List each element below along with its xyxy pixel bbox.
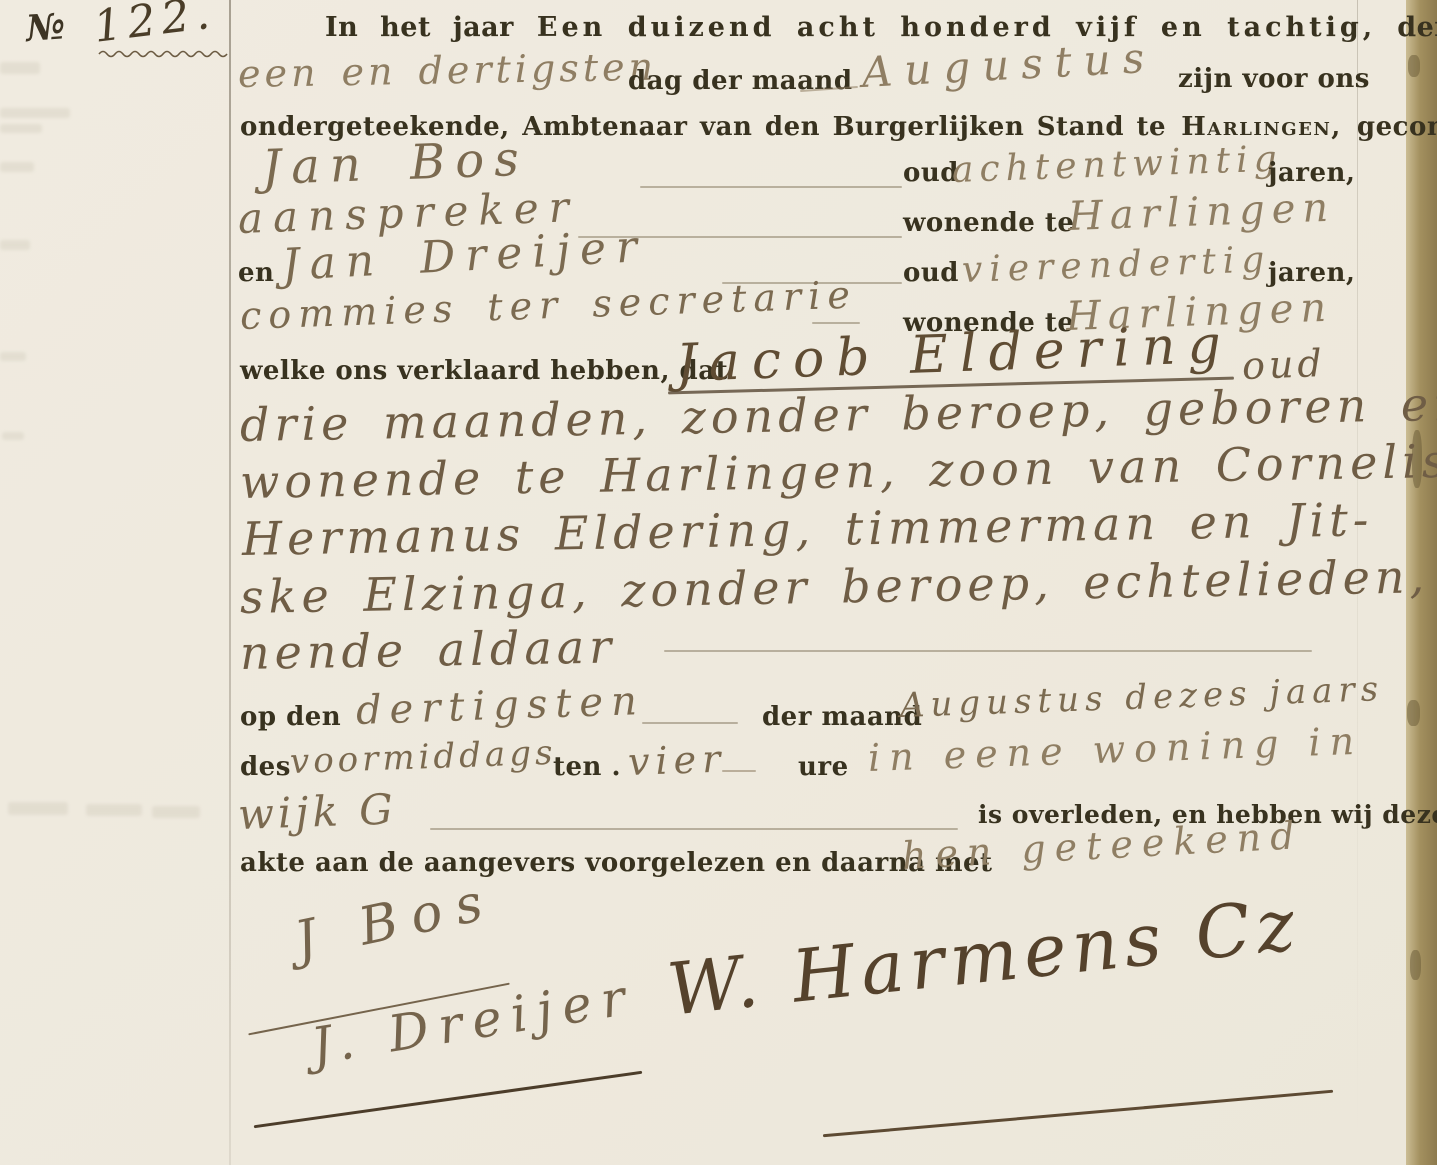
label-oud-2: oud [903,258,959,288]
bleedthrough-mark [0,62,40,74]
edge-blemish [1408,55,1420,77]
blank-filler-rule [642,722,738,724]
label-des: des [240,752,291,782]
label-op-den: op den [240,702,341,732]
signature-bos: J Bos [290,870,502,971]
declarant1-age: achtentwintig [951,138,1283,191]
declarant2-age: vierendertig [961,239,1272,291]
signature-dreijer-underline [254,1071,643,1129]
entry-day-written: een en dertigsten [238,45,658,96]
left-margin-rule [229,0,231,1165]
signed-with: hen geteekend [901,813,1305,878]
signature-harmens-flourish [823,1090,1333,1137]
death-daypart: voormiddags [289,733,557,782]
label-dag-der-maand: dag der maand [628,66,853,96]
death-day: dertigsten [355,678,645,734]
label-wonende-te-1: wonende te [903,208,1074,238]
intro-prefix: In het jaar [325,12,514,43]
label-en: en [238,258,274,288]
death-place2: wijk G [237,784,397,839]
declarant1-residence: Harlingen [1067,185,1336,240]
blank-filler-rule [640,186,902,188]
bleedthrough-mark [2,432,24,440]
label-verklaard: welke ons verklaard hebben, dat [240,356,728,386]
bleedthrough-mark [0,162,34,172]
bleedthrough-mark [0,108,70,118]
death-month: Augustus dezes jaars [899,669,1384,726]
intro-line: In het jaar Een duizend acht honderd vij… [325,12,1437,43]
label-ure: ure [798,752,849,782]
label-jaren-1: jaren, [1268,158,1355,188]
declaration-body-line: nende aldaar [240,619,617,680]
label-oud-1: oud [903,158,959,188]
death-record-page: № 122. In het jaar Een duizend acht hond… [0,0,1437,1165]
signature-dreijer: J. Dreijer [307,967,639,1075]
bleedthrough-mark [0,240,30,250]
edge-blemish [1407,700,1420,726]
blank-filler-rule [430,828,958,830]
edge-blemish [1410,950,1421,980]
blank-filler-rule [812,322,860,324]
death-hour: vier [627,737,727,784]
label-akte: akte aan de aangevers voorgelezen en daa… [240,848,993,878]
death-place1: in eene woning in [867,719,1363,780]
bleedthrough-mark [86,804,142,816]
registrar-post: gecompareerd: [1357,112,1437,142]
bleedthrough-mark [8,802,68,815]
dash-stroke [722,770,756,772]
bleedthrough-mark [152,806,200,818]
intro-year-words: Een duizend acht honderd vijf en tachtig… [537,12,1376,43]
intro-suffix: den [1397,12,1437,43]
label-ten: ten . [553,752,621,782]
bleedthrough-mark [0,124,42,133]
label-zijn-voor-ons: zijn voor ons [1178,64,1370,94]
act-number-label: № [25,5,67,50]
label-der-maand: der maand [762,702,922,732]
blank-filler-rule [664,650,1312,652]
signature-harmens: W. Harmens Cz [664,882,1305,1032]
label-jaren-2: jaren, [1268,258,1355,288]
bleedthrough-mark [0,352,26,361]
wavy-underline-icon [98,48,230,58]
registrar-place: Harlingen, [1181,112,1342,142]
act-number-value: 122. [91,0,218,53]
